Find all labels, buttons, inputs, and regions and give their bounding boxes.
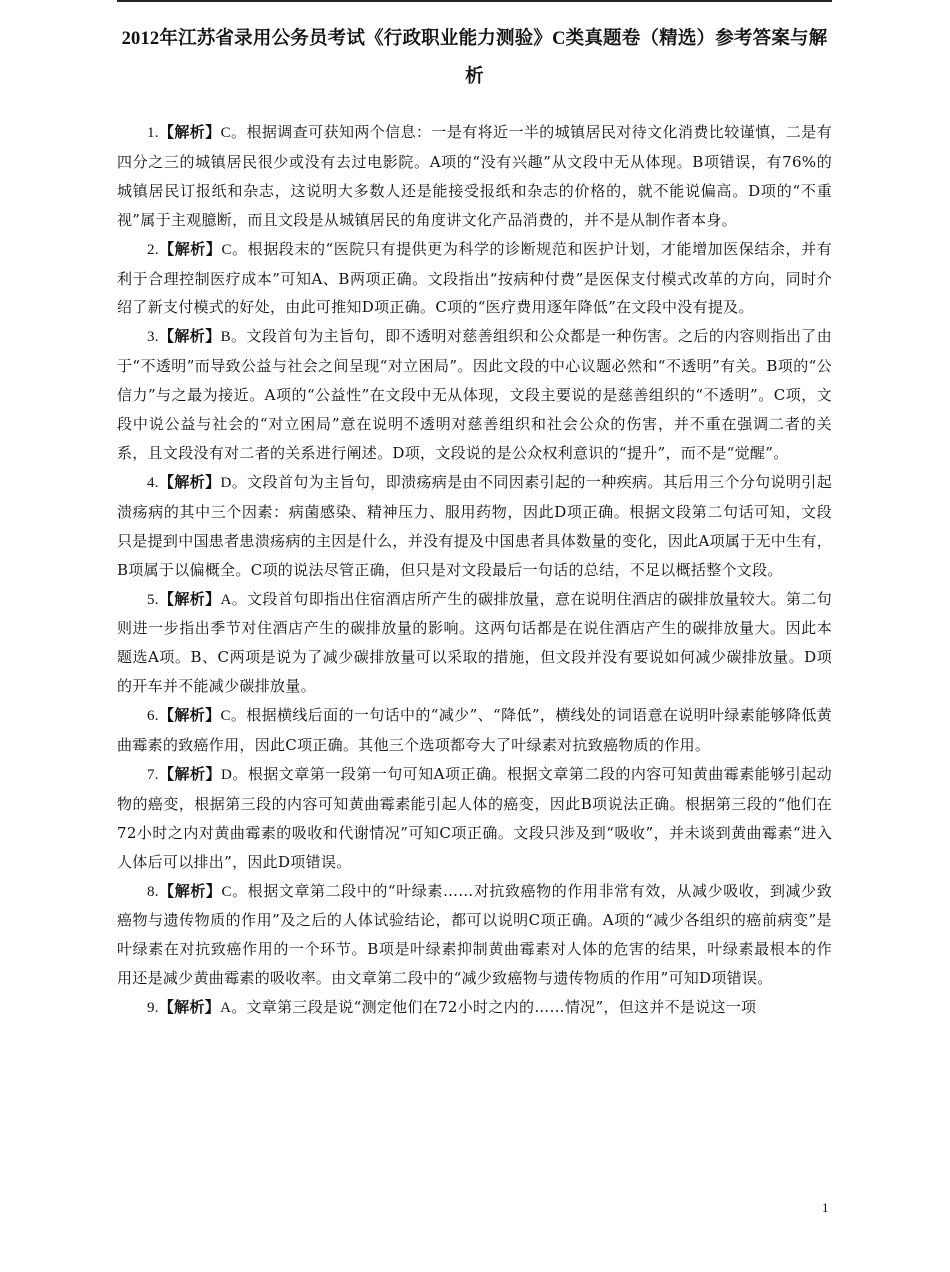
answer-list: 1.【解析】C。根据调查可获知两个信息：一是有将近一半的城镇居民对待文化消费比较…	[117, 118, 832, 1023]
item-number: 1.	[147, 125, 159, 141]
item-answer: B。	[221, 329, 247, 345]
analysis-tag: 【解析】	[159, 473, 221, 491]
answer-item-6: 6.【解析】C。根据横线后面的一句话中的“减少”、“降低”，横线处的词语意在说明…	[117, 701, 832, 760]
item-number: 2.	[147, 242, 159, 258]
document-title: 2012年江苏省录用公务员考试《行政职业能力测验》C类真题卷（精选）参考答案与解…	[117, 20, 832, 96]
page-number: 1	[822, 1200, 829, 1216]
analysis-tag: 【解析】	[159, 590, 221, 608]
item-number: 9.	[147, 1000, 159, 1016]
item-number: 4.	[147, 475, 159, 491]
analysis-tag: 【解析】	[159, 240, 222, 258]
item-answer: C。	[221, 242, 247, 258]
analysis-tag: 【解析】	[159, 882, 222, 900]
item-answer: C。	[220, 708, 246, 724]
analysis-tag: 【解析】	[159, 706, 221, 724]
answer-item-5: 5.【解析】A。文段首句即指出住宿酒店所产生的碳排放量，意在说明住酒店的碳排放量…	[117, 585, 832, 702]
analysis-tag: 【解析】	[159, 765, 221, 783]
item-explanation: 文章第三段是说“测定他们在72小时之内的……情况”，但这并不是说这一项	[247, 998, 757, 1016]
header-rule	[117, 0, 832, 2]
answer-item-4: 4.【解析】D。文段首句为主旨句，即溃疡病是由不同因素引起的一种疾病。其后用三个…	[117, 468, 832, 585]
answer-item-8: 8.【解析】C。根据文章第二段中的“叶绿素……对抗致癌物的作用非常有效，从减少吸…	[117, 877, 832, 994]
item-answer: A。	[221, 592, 248, 608]
item-answer: D。	[221, 767, 248, 783]
item-answer: A。	[220, 1000, 246, 1016]
item-number: 8.	[147, 884, 159, 900]
analysis-tag: 【解析】	[159, 327, 221, 345]
item-number: 7.	[147, 767, 159, 783]
answer-item-7: 7.【解析】D。根据文章第一段第一句可知A项正确。根据文章第二段的内容可知黄曲霉…	[117, 760, 832, 877]
answer-item-9: 9.【解析】A。文章第三段是说“测定他们在72小时之内的……情况”，但这并不是说…	[117, 993, 832, 1023]
item-explanation: 文段首句为主旨句，即不透明对慈善组织和公众都是一种伤害。之后的内容则指出了由于“…	[117, 327, 832, 462]
item-answer: C。	[221, 884, 247, 900]
analysis-tag: 【解析】	[159, 123, 221, 141]
item-answer: C。	[221, 125, 247, 141]
item-number: 6.	[147, 708, 159, 724]
item-answer: D。	[221, 475, 248, 491]
analysis-tag: 【解析】	[159, 998, 220, 1016]
item-number: 5.	[147, 592, 159, 608]
item-number: 3.	[147, 329, 159, 345]
answer-item-2: 2.【解析】C。根据段末的“医院只有提供更为科学的诊断规范和医护计划，才能增加医…	[117, 235, 832, 323]
answer-item-3: 3.【解析】B。文段首句为主旨句，即不透明对慈善组织和公众都是一种伤害。之后的内…	[117, 322, 832, 468]
answer-item-1: 1.【解析】C。根据调查可获知两个信息：一是有将近一半的城镇居民对待文化消费比较…	[117, 118, 832, 235]
